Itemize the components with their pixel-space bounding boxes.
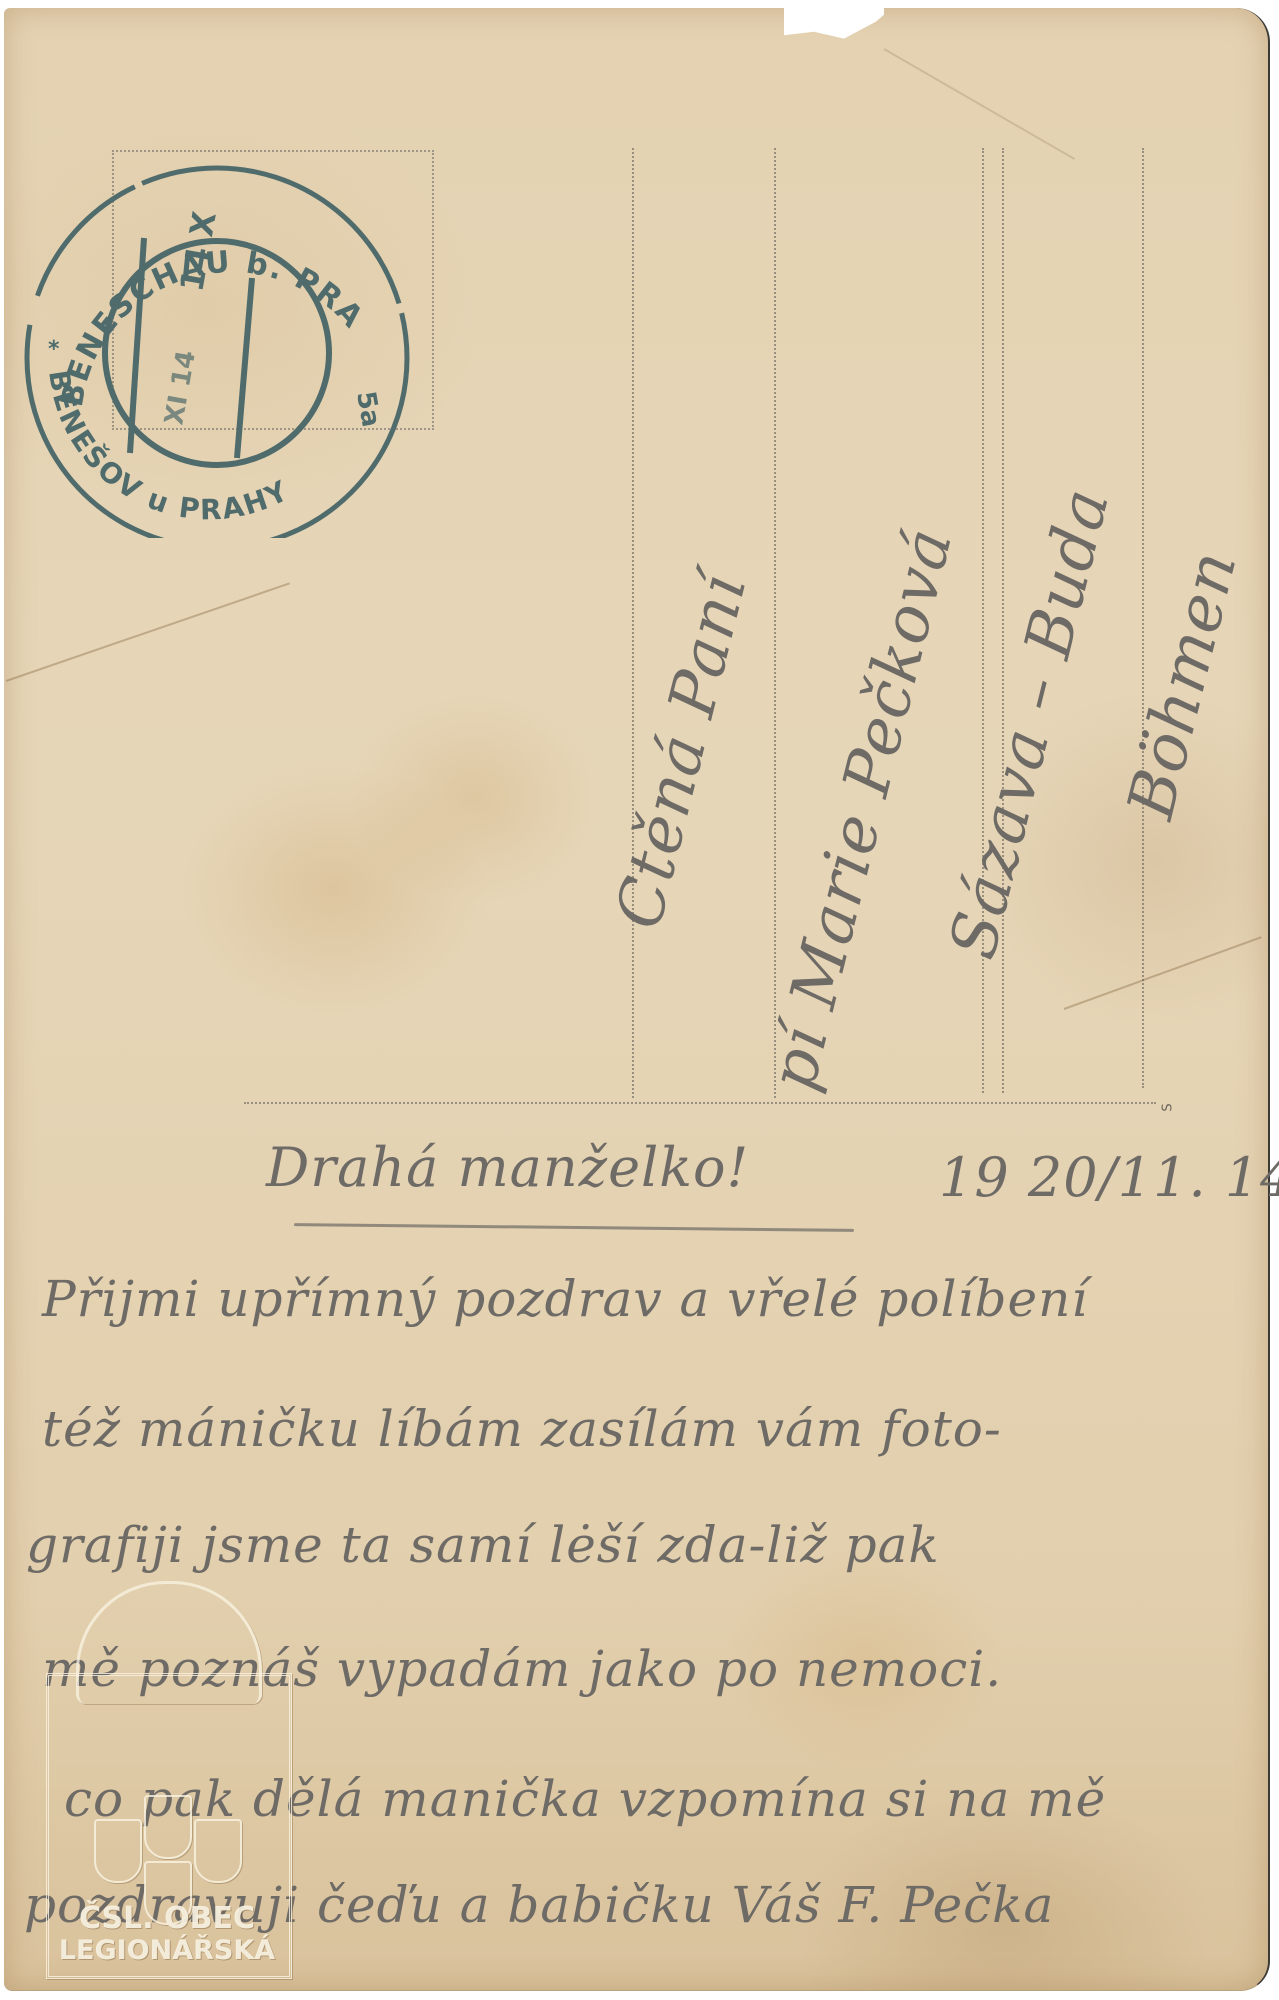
postmark: BENESCHAU b. PRAG BENEŠOV u PRAHY 5a * 1… [12, 158, 442, 538]
svg-text:14 X: 14 X [172, 208, 223, 294]
address-guide-1 [632, 148, 634, 1098]
address-line-2: pí Marie Pečková [756, 521, 967, 1098]
address-guide-2 [774, 148, 776, 1098]
svg-text:XI 14: XI 14 [159, 348, 202, 427]
message-line-3: grafiji jsme ta samí lėší zda-liž pak [26, 1516, 940, 1574]
svg-text:*: * [48, 337, 60, 362]
address-guide-5 [1142, 148, 1144, 1088]
shield-moravia-icon [194, 1819, 242, 1883]
shield-bohemia-icon [94, 1819, 142, 1883]
postcard: S BENESCHAU b. PRAG BENEŠOV u PRAHY 5a *… [4, 8, 1270, 1991]
letter-date: 19 20/11. 14 [939, 1146, 1279, 1209]
address-line-4: Böhmen [1114, 544, 1252, 826]
postmark-circle-icon: BENESCHAU b. PRAG BENEŠOV u PRAHY 5a * 1… [12, 158, 442, 538]
crease-right [1064, 936, 1262, 1010]
message-line-1: Přijmi upřímný pozdrav a vřelé políbení [42, 1270, 1088, 1328]
greeting: Drahá manželko! [266, 1136, 749, 1199]
watermark-line-1: ČSL. OBEC [50, 1901, 284, 1936]
svg-text:5a: 5a [350, 389, 386, 429]
shield-slovakia-icon [144, 1795, 192, 1859]
address-line-3: Sázava – Buda [936, 481, 1124, 966]
address-line-1: Ctěná Paní [602, 566, 761, 935]
message-line-2: též máničku líbám zasílám vám foto- [42, 1400, 1002, 1458]
watermark-line-2: LEGIONÁŘSKÁ [50, 1935, 284, 1966]
margin-mark: S [1161, 1103, 1176, 1111]
crease-left [6, 582, 290, 682]
crease-top [884, 48, 1076, 160]
divider-line [244, 1102, 1156, 1104]
torn-corner [784, 8, 884, 42]
legion-emblem-watermark: ČSL. OBEC LEGIONÁŘSKÁ [36, 1573, 298, 1981]
greeting-underline [294, 1223, 854, 1232]
